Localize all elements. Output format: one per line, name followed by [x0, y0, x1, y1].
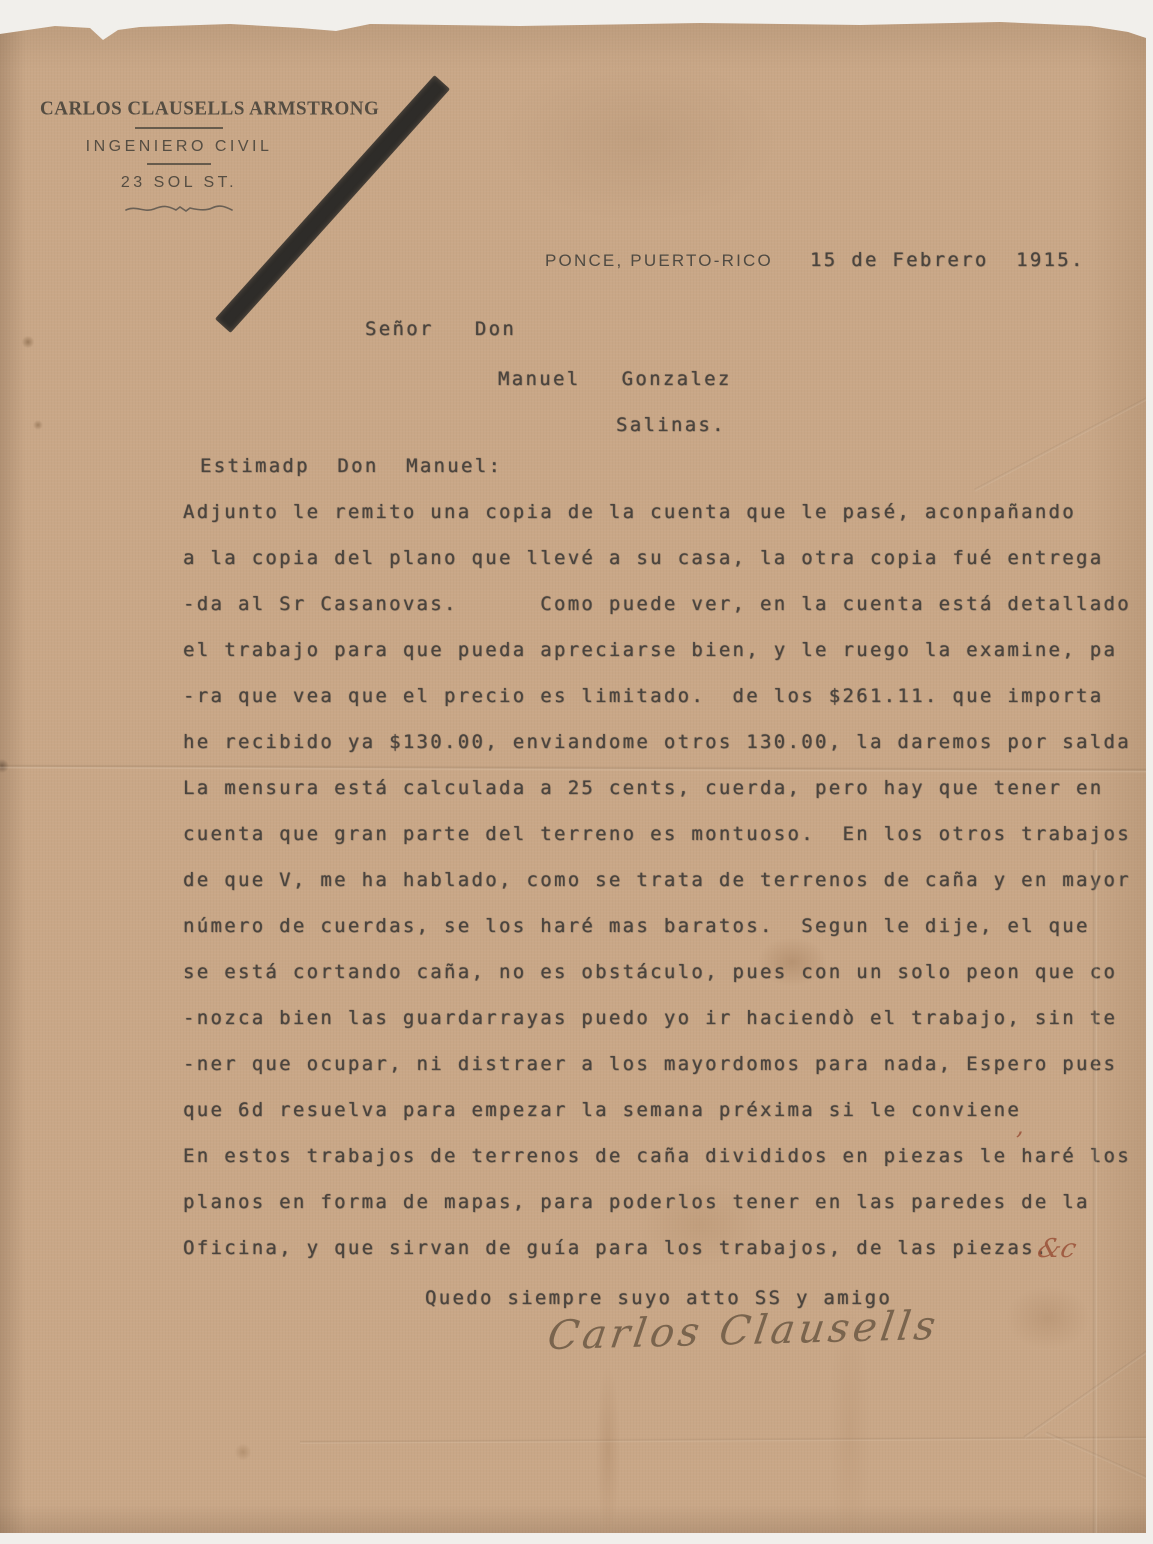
- letter-body-line: -da al Sr Casanovas. Como puede ver, en …: [183, 581, 1143, 627]
- letter-body-line: -ner que ocupar, ni distraer a los mayor…: [183, 1041, 1143, 1087]
- recipient-salutation: Señor Don: [365, 318, 516, 340]
- letter-body-line: cuenta que gran parte del terreno es mon…: [183, 811, 1143, 857]
- letter-body-line: he recibido ya $130.00, enviandome otros…: [183, 719, 1143, 765]
- letter-body-line: se está cortando caña, no es obstáculo, …: [183, 949, 1143, 995]
- letter-body-line: La mensura está calculada a 25 cents, cu…: [183, 765, 1143, 811]
- signature: Carlos Clausells: [545, 1303, 943, 1359]
- recipient-city: Salinas.: [616, 414, 726, 436]
- letter-body-line: de que V, me ha hablado, como se trata d…: [183, 857, 1143, 903]
- letter-greeting: Estimadp Don Manuel:: [200, 455, 502, 477]
- letterhead-city-line: PONCE, PUERTO-RICO: [545, 251, 773, 271]
- letter-body-line: -ra que vea que el precio es limitado. d…: [183, 673, 1143, 719]
- letter-body-line: planos en forma de mapas, para poderlos …: [183, 1179, 1143, 1225]
- letterhead: CARLOS CLAUSELLS ARMSTRONG INGENIERO CIV…: [40, 98, 318, 219]
- letter-body-line: que 6d resuelva para empezar la semana p…: [183, 1087, 1143, 1133]
- letterhead-name: CARLOS CLAUSELLS ARMSTRONG: [40, 97, 318, 121]
- letter-body: Adjunto le remito una copia de la cuenta…: [183, 489, 1143, 1271]
- letter-body-line: número de cuerdas, se los haré mas barat…: [183, 903, 1143, 949]
- paper-crease: [1024, 1344, 1153, 1438]
- ink-etc-annotation: &c: [1034, 1234, 1079, 1264]
- letter-body-line: -nozca bien las guardarrayas puedo yo ir…: [183, 995, 1143, 1041]
- ink-annotation-mark: ,: [1016, 1112, 1024, 1140]
- scan-background: { "letterhead": { "name": "CARLOS CLAUSE…: [0, 0, 1153, 1544]
- letterhead-rule: [135, 127, 223, 129]
- letter-body-line: a la copia del plano que llevé a su casa…: [183, 535, 1143, 581]
- paper-crease: [1045, 1432, 1153, 1492]
- flourish-divider-icon: [40, 200, 318, 219]
- letter-body-line: Adjunto le remito una copia de la cuenta…: [183, 489, 1143, 535]
- recipient-name: Manuel Gonzalez: [498, 368, 732, 390]
- letter-body-line: En estos trabajos de terrenos de caña di…: [183, 1133, 1143, 1179]
- letter-body-line: el trabajo para que pueda apreciarse bie…: [183, 627, 1143, 673]
- paper-crease: [300, 1436, 1147, 1444]
- letter-body-line: Oficina, y que sirvan de guía para los t…: [183, 1225, 1143, 1271]
- letter-paper: CARLOS CLAUSELLS ARMSTRONG INGENIERO CIV…: [0, 0, 1147, 1533]
- paper-crease: [974, 371, 1153, 491]
- date-line: 15 de Febrero 1915.: [810, 249, 1085, 271]
- letterhead-address: 23 SOL ST.: [40, 174, 318, 192]
- letterhead-rule: [147, 163, 211, 165]
- letterhead-profession: INGENIERO CIVIL: [40, 138, 318, 156]
